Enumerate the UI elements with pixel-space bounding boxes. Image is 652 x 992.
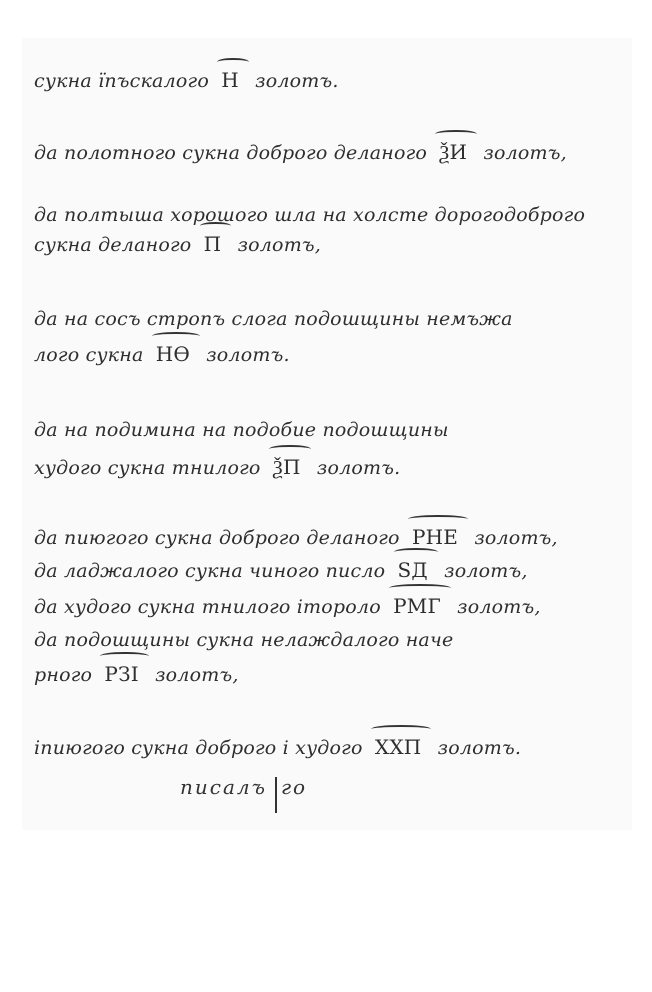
- signature: писалъго: [180, 775, 307, 811]
- line-end: ,: [315, 234, 321, 256]
- amount-numeral: ЅД: [398, 558, 428, 582]
- currency-unit: золотъ: [238, 234, 315, 256]
- manuscript-line: сукна їпъскалого Н золотъ.: [34, 68, 339, 93]
- signature-text: писалъ: [180, 775, 267, 799]
- line-text: іпиюгого сукна доброго і худого: [34, 737, 363, 759]
- currency-unit: золотъ: [483, 142, 560, 164]
- manuscript-line: да на подимина на подобие подошщины: [34, 418, 449, 442]
- line-text: да пиюгого сукна доброго деланого: [34, 527, 400, 549]
- line-end: .: [332, 70, 338, 92]
- amount-numeral: РМГ: [393, 594, 441, 618]
- currency-unit: золотъ: [155, 664, 232, 686]
- signature-tail: го: [281, 775, 307, 799]
- amount-numeral: ХХП: [375, 735, 422, 759]
- manuscript-line: да на сосъ стропъ слога подошщины немъжа: [34, 307, 513, 331]
- currency-unit: золотъ: [444, 560, 521, 582]
- line-text: да подошщины сукна нелаждалого наче: [34, 629, 453, 651]
- line-end: ,: [561, 142, 567, 164]
- manuscript-line: да худого сукна тнилого ітороло РМГ золо…: [34, 594, 541, 619]
- currency-unit: золотъ: [255, 70, 332, 92]
- line-end: ,: [521, 560, 527, 582]
- amount-numeral: Н: [221, 68, 239, 92]
- amount-numeral: П: [204, 232, 222, 256]
- currency-unit: золотъ: [438, 737, 515, 759]
- line-text: сукна їпъскалого: [34, 70, 209, 92]
- line-text: лого сукна: [34, 344, 143, 366]
- currency-unit: золотъ: [317, 457, 394, 479]
- manuscript-line: іпиюгого сукна доброго і худого ХХП золо…: [34, 735, 521, 760]
- line-end: ,: [232, 664, 238, 686]
- line-end: ,: [552, 527, 558, 549]
- amount-numeral: ѮП: [273, 455, 301, 479]
- line-end: .: [283, 344, 289, 366]
- amount-numeral: ѮИ: [439, 140, 467, 164]
- amount-numeral: РНЕ: [412, 525, 458, 549]
- line-end: ,: [534, 596, 540, 618]
- line-text: да худого сукна тнилого ітороло: [34, 596, 381, 618]
- line-text: сукна деланого: [34, 234, 191, 256]
- manuscript-line: да подошщины сукна нелаждалого наче: [34, 628, 453, 652]
- currency-unit: золотъ: [474, 527, 551, 549]
- manuscript-line: худого сукна тнилого ѮП золотъ.: [34, 455, 400, 480]
- line-text: да на подимина на подобие подошщины: [34, 419, 449, 441]
- manuscript-line: да полтыша хорошого шла на холсте дорого…: [34, 203, 585, 227]
- line-end: .: [515, 737, 521, 759]
- manuscript-line: да полотного сукна доброго деланого ѮИ з…: [34, 140, 567, 165]
- line-text: да полотного сукна доброго деланого: [34, 142, 427, 164]
- line-text: да на сосъ стропъ слога подошщины немъжа: [34, 308, 513, 330]
- line-text: да полтыша хорошого шла на холсте дорого…: [34, 204, 585, 226]
- amount-numeral: НѲ: [156, 342, 190, 366]
- manuscript-line: сукна деланого П золотъ,: [34, 232, 321, 257]
- line-end: .: [394, 457, 400, 479]
- amount-numeral: РЗІ: [104, 662, 138, 686]
- currency-unit: золотъ: [206, 344, 283, 366]
- currency-unit: золотъ: [457, 596, 534, 618]
- line-text: худого сукна тнилого: [34, 457, 261, 479]
- line-text: да ладжалого сукна чиного писло: [34, 560, 385, 582]
- signature-flourish: [275, 777, 277, 813]
- manuscript-line: да ладжалого сукна чиного писло ЅД золот…: [34, 558, 528, 583]
- manuscript-line: да пиюгого сукна доброго деланого РНЕ зо…: [34, 525, 558, 550]
- manuscript-line: лого сукна НѲ золотъ.: [34, 342, 290, 367]
- line-text: рного: [34, 664, 92, 686]
- manuscript-line: рного РЗІ золотъ,: [34, 662, 239, 687]
